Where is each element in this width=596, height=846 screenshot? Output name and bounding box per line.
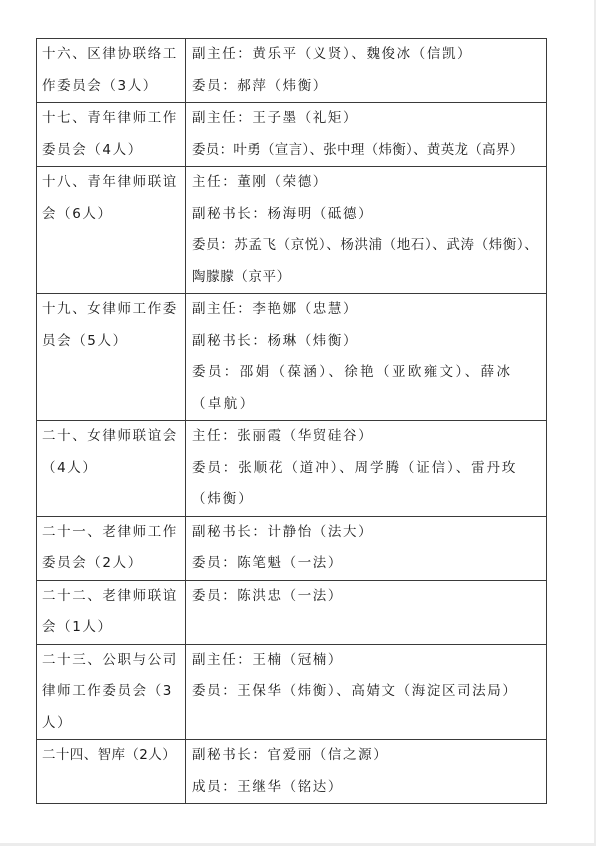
members-cell: 副主任：黄乐平（义贤）、魏俊冰（信凯） 委员：郝萍（炜衡） <box>186 39 547 103</box>
members-cell: 主任：董刚（荣德） 副秘书长：杨海明（砥德） 委员：苏孟飞（京悦）、杨洪浦（地石… <box>186 167 547 294</box>
committee-name: 二十四、智库（2人） <box>42 740 183 772</box>
committee-members-table: 十六、区律协联络工作委员会（3人） 副主任：黄乐平（义贤）、魏俊冰（信凯） 委员… <box>36 38 547 804</box>
table-row: 二十二、老律师联谊会（1人） 委员：陈洪忠（一法） <box>37 580 547 644</box>
committee-name: 十七、青年律师工作委员会（4人） <box>42 103 183 166</box>
table-row: 十八、青年律师联谊会（6人） 主任：董刚（荣德） 副秘书长：杨海明（砥德） 委员… <box>37 167 547 294</box>
member-line: 委员：叶勇（宣言）、张中理（炜衡）、黄英龙（高界） <box>192 135 542 167</box>
members-cell: 主任：张丽霞（华贸硅谷） 委员：张顺花（道冲）、周学腾（证信）、雷丹玫（炜衡） <box>186 421 547 517</box>
member-line: 委员：邵娟（葆涵）、徐艳（亚欧雍文）、薛冰（卓航） <box>192 357 542 420</box>
table-row: 十九、女律师工作委员会（5人） 副主任：李艳娜（忠慧） 副秘书长：杨琳（炜衡） … <box>37 294 547 421</box>
members-cell: 副主任：李艳娜（忠慧） 副秘书长：杨琳（炜衡） 委员：邵娟（葆涵）、徐艳（亚欧雍… <box>186 294 547 421</box>
member-line: 成员：王继华（铭达） <box>192 772 542 804</box>
member-line: 副秘书长：计静怡（法大） <box>192 517 542 549</box>
table-row: 十七、青年律师工作委员会（4人） 副主任：王子墨（礼矩） 委员：叶勇（宣言）、张… <box>37 103 547 167</box>
members-cell: 委员：陈洪忠（一法） <box>186 580 547 644</box>
member-line: 委员：王保华（炜衡）、高婧文（海淀区司法局） <box>192 676 542 708</box>
member-line: 委员：苏孟飞（京悦）、杨洪浦（地石）、武涛（炜衡）、陶朦朦（京平） <box>192 230 542 293</box>
committee-name-cell: 十七、青年律师工作委员会（4人） <box>37 103 186 167</box>
committee-name-cell: 二十二、老律师联谊会（1人） <box>37 580 186 644</box>
table-row: 十六、区律协联络工作委员会（3人） 副主任：黄乐平（义贤）、魏俊冰（信凯） 委员… <box>37 39 547 103</box>
member-line: 副主任：黄乐平（义贤）、魏俊冰（信凯） <box>192 39 542 71</box>
member-line: 副主任：王子墨（礼矩） <box>192 103 542 135</box>
table-row: 二十四、智库（2人） 副秘书长：官爱丽（信之源） 成员：王继华（铭达） <box>37 740 547 804</box>
member-line: 委员：陈洪忠（一法） <box>192 581 542 613</box>
member-line: 委员：张顺花（道冲）、周学腾（证信）、雷丹玫（炜衡） <box>192 453 542 516</box>
committee-name: 十六、区律协联络工作委员会（3人） <box>42 39 183 102</box>
member-line: 委员：郝萍（炜衡） <box>192 71 542 103</box>
committee-name-cell: 十八、青年律师联谊会（6人） <box>37 167 186 294</box>
committee-name-cell: 二十、女律师联谊会（4人） <box>37 421 186 517</box>
table-row: 二十三、公职与公司律师工作委员会（3人） 副主任：王楠（冠楠） 委员：王保华（炜… <box>37 644 547 740</box>
member-line: 委员：陈笔魁（一法） <box>192 548 542 580</box>
members-cell: 副主任：王子墨（礼矩） 委员：叶勇（宣言）、张中理（炜衡）、黄英龙（高界） <box>186 103 547 167</box>
committee-name: 二十、女律师联谊会（4人） <box>42 421 183 484</box>
committee-name: 二十二、老律师联谊会（1人） <box>42 581 183 644</box>
committee-name: 十八、青年律师联谊会（6人） <box>42 167 183 230</box>
member-line: 主任：张丽霞（华贸硅谷） <box>192 421 542 453</box>
committee-name-cell: 二十四、智库（2人） <box>37 740 186 804</box>
member-line: 副主任：李艳娜（忠慧） <box>192 294 542 326</box>
member-line: 副秘书长：官爱丽（信之源） <box>192 740 542 772</box>
committee-name: 二十一、老律师工作委员会（2人） <box>42 517 183 580</box>
committee-name-cell: 十六、区律协联络工作委员会（3人） <box>37 39 186 103</box>
committee-name-cell: 十九、女律师工作委员会（5人） <box>37 294 186 421</box>
committee-name-cell: 二十三、公职与公司律师工作委员会（3人） <box>37 644 186 740</box>
committee-name-cell: 二十一、老律师工作委员会（2人） <box>37 516 186 580</box>
member-line: 副主任：王楠（冠楠） <box>192 645 542 677</box>
table-row: 二十、女律师联谊会（4人） 主任：张丽霞（华贸硅谷） 委员：张顺花（道冲）、周学… <box>37 421 547 517</box>
member-line: 副秘书长：杨琳（炜衡） <box>192 326 542 358</box>
committee-name: 二十三、公职与公司律师工作委员会（3人） <box>42 645 183 740</box>
table-row: 二十一、老律师工作委员会（2人） 副秘书长：计静怡（法大） 委员：陈笔魁（一法） <box>37 516 547 580</box>
committee-name: 十九、女律师工作委员会（5人） <box>42 294 183 357</box>
members-cell: 副秘书长：官爱丽（信之源） 成员：王继华（铭达） <box>186 740 547 804</box>
members-cell: 副主任：王楠（冠楠） 委员：王保华（炜衡）、高婧文（海淀区司法局） <box>186 644 547 740</box>
member-line: 主任：董刚（荣德） <box>192 167 542 199</box>
member-line: 副秘书长：杨海明（砥德） <box>192 199 542 231</box>
members-cell: 副秘书长：计静怡（法大） 委员：陈笔魁（一法） <box>186 516 547 580</box>
